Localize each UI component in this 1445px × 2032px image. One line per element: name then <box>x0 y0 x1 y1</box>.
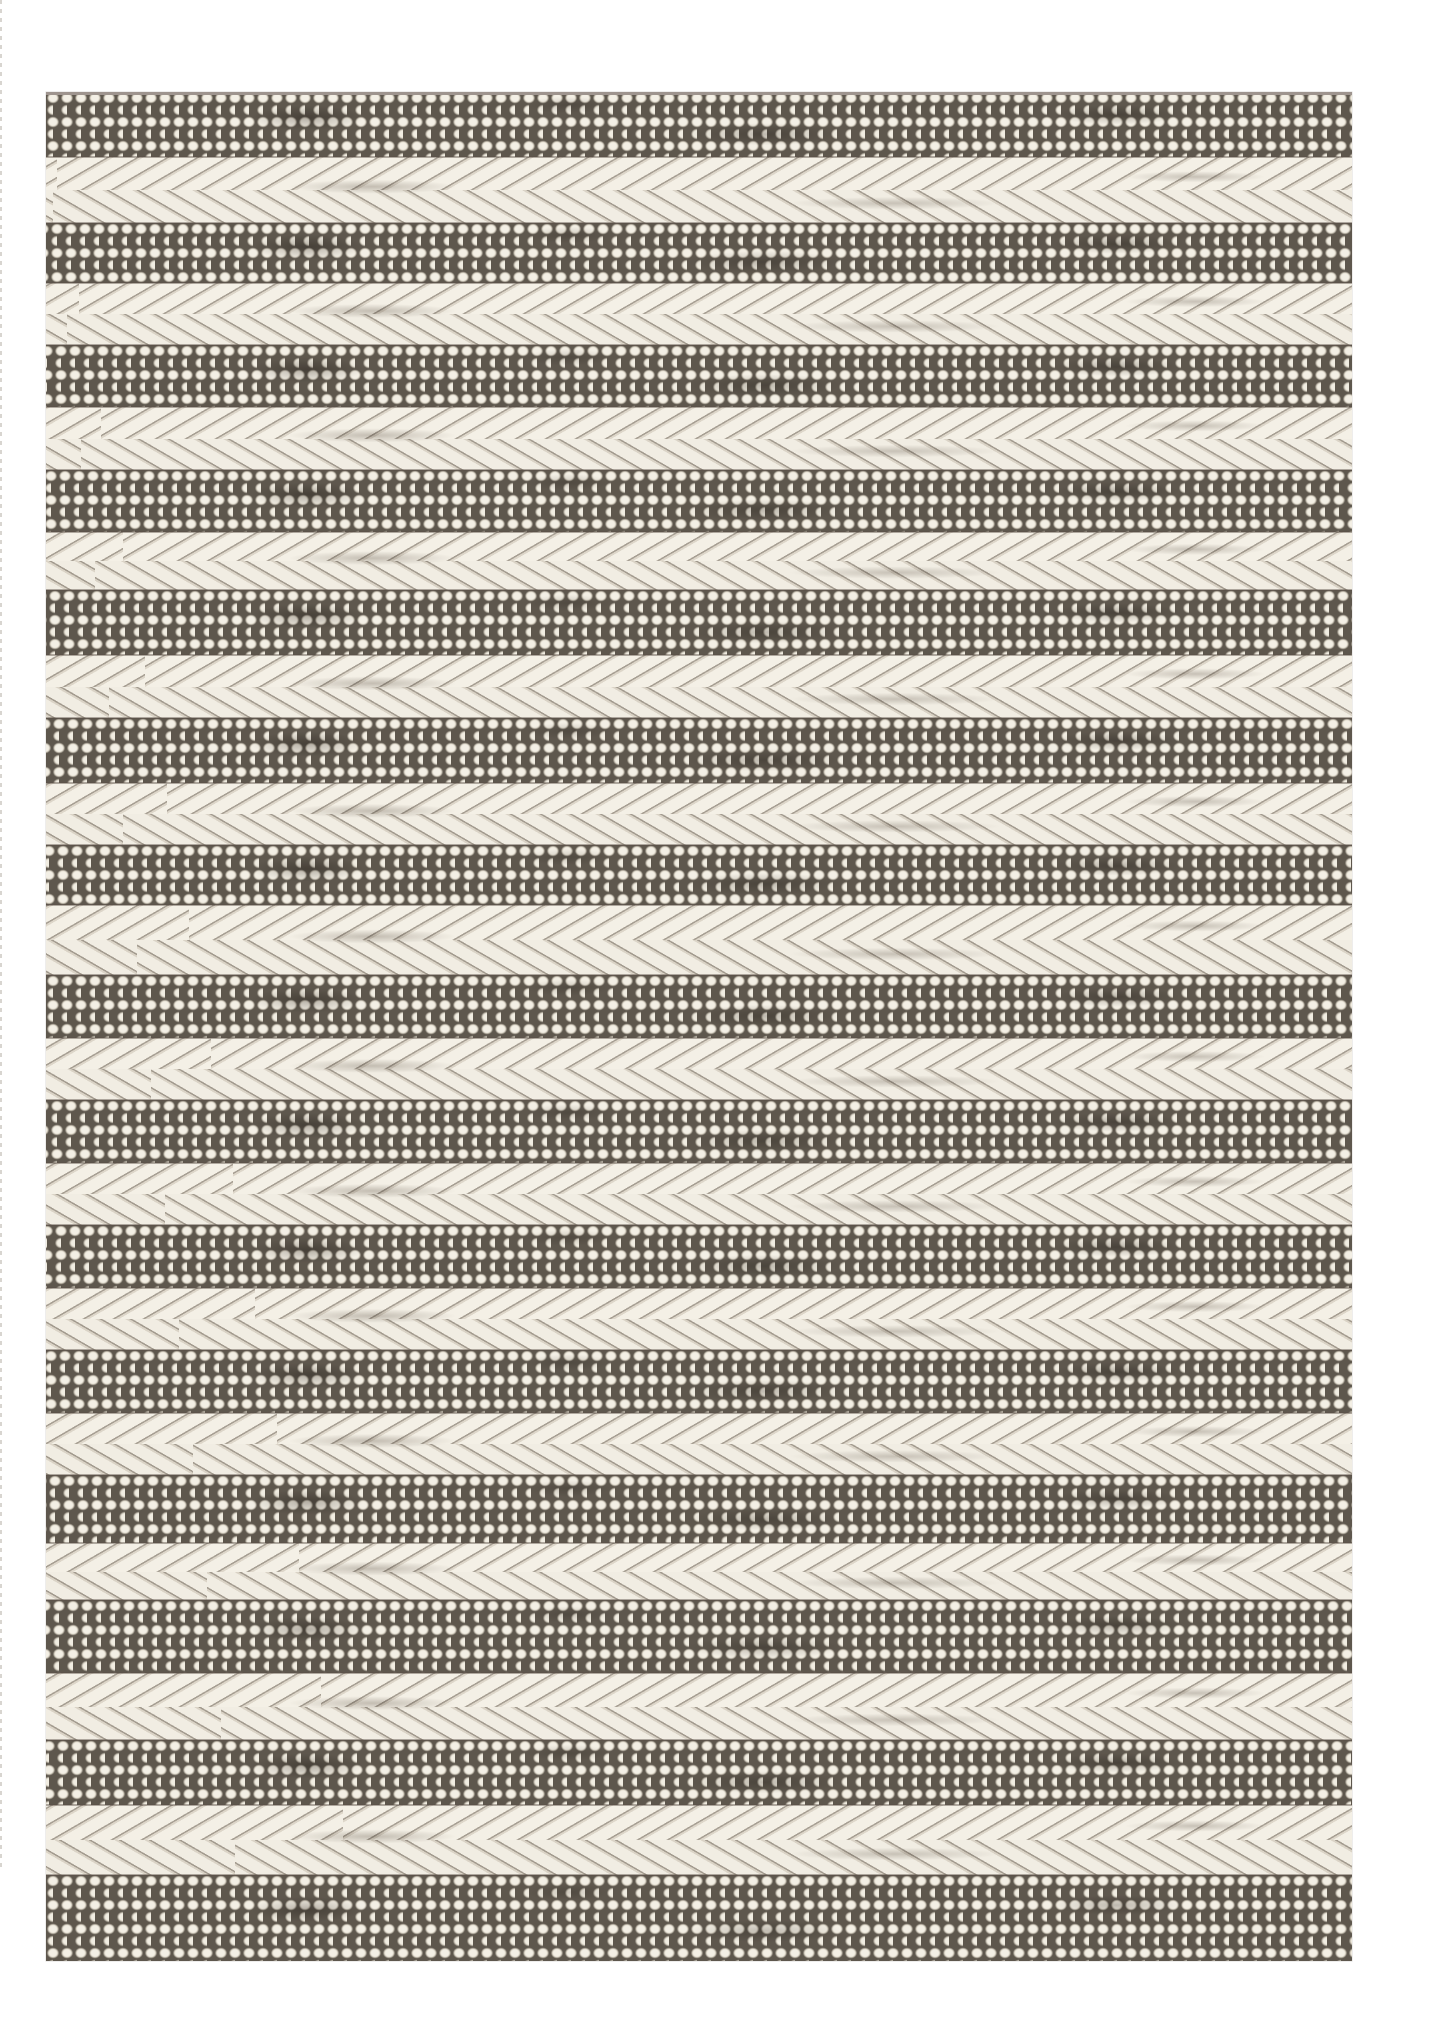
band-separator <box>46 1739 1352 1741</box>
braid-row <box>46 1444 1352 1475</box>
band-separator <box>46 469 1352 471</box>
edge-dashed-line <box>0 0 2 1870</box>
band-separator <box>46 1162 1352 1164</box>
braided-band <box>46 1543 1352 1600</box>
band-separator <box>46 654 1352 656</box>
band-separator <box>46 974 1352 976</box>
braid-row <box>46 814 1352 845</box>
band-separator <box>46 1672 1352 1674</box>
woven-rug <box>46 92 1352 1961</box>
band-separator <box>46 1804 1352 1806</box>
band-separator <box>46 1037 1352 1039</box>
braid-row <box>46 1194 1352 1225</box>
pebble-knot-band <box>46 345 1352 407</box>
band-separator <box>46 344 1352 346</box>
braid-row <box>46 283 1352 315</box>
pebble-knot-band <box>46 1225 1352 1288</box>
pebble-knot-band <box>46 718 1352 783</box>
band-separator <box>46 1542 1352 1544</box>
braid-row <box>46 190 1352 223</box>
braided-band <box>46 1288 1352 1350</box>
band-separator <box>46 1099 1352 1101</box>
pebble-knot-band <box>46 1600 1352 1673</box>
braid-row <box>46 1707 1352 1741</box>
rug-top-binding <box>46 92 1352 95</box>
band-separator <box>46 1349 1352 1351</box>
band-separator <box>46 782 1352 784</box>
band-separator <box>46 406 1352 408</box>
band-separator <box>46 156 1352 158</box>
braid-row <box>46 687 1352 719</box>
braid-row <box>46 314 1352 345</box>
braid-row <box>46 157 1352 191</box>
braid-row <box>46 1805 1352 1841</box>
pebble-knot-band <box>46 1350 1352 1413</box>
braided-band <box>46 1163 1352 1225</box>
braided-band <box>46 783 1352 845</box>
braid-row <box>46 1413 1352 1445</box>
braid-row <box>46 905 1352 941</box>
pebble-knot-band <box>46 1100 1352 1163</box>
braided-band <box>46 1805 1352 1875</box>
band-separator <box>46 1224 1352 1226</box>
braid-row <box>46 783 1352 815</box>
band-separator <box>46 1599 1352 1601</box>
band-separator <box>46 282 1352 284</box>
braid-row <box>46 1163 1352 1195</box>
braid-row <box>46 1543 1352 1573</box>
braided-band <box>46 532 1352 590</box>
braid-row <box>46 561 1352 590</box>
pebble-knot-band <box>46 975 1352 1038</box>
band-separator <box>46 1287 1352 1289</box>
braid-row <box>46 532 1352 562</box>
band-separator <box>46 589 1352 591</box>
pebble-knot-band <box>46 845 1352 905</box>
band-separator <box>46 222 1352 224</box>
braided-band <box>46 283 1352 345</box>
braid-row <box>46 1572 1352 1601</box>
braid-row <box>46 407 1352 440</box>
braid-row <box>46 1319 1352 1350</box>
band-separator <box>46 1474 1352 1476</box>
braided-band <box>46 1038 1352 1100</box>
pebble-knot-band <box>46 470 1352 532</box>
braid-row <box>46 1069 1352 1100</box>
braid-row <box>46 655 1352 688</box>
band-separator <box>46 904 1352 906</box>
braid-row <box>46 1673 1352 1708</box>
braid-row <box>46 1840 1352 1875</box>
band-separator <box>46 1412 1352 1414</box>
pebble-knot-band <box>46 223 1352 283</box>
pebble-knot-band <box>46 1875 1352 1961</box>
pebble-knot-band <box>46 1475 1352 1543</box>
band-separator <box>46 717 1352 719</box>
pebble-knot-band <box>46 590 1352 655</box>
braid-row <box>46 940 1352 975</box>
braided-band <box>46 1413 1352 1475</box>
braid-row <box>46 1038 1352 1070</box>
braided-band <box>46 655 1352 718</box>
band-separator <box>46 844 1352 846</box>
braid-row <box>46 439 1352 471</box>
braided-band <box>46 157 1352 223</box>
band-separator <box>46 531 1352 533</box>
braided-band <box>46 1673 1352 1740</box>
braid-row <box>46 1288 1352 1320</box>
braided-band <box>46 905 1352 975</box>
pebble-knot-band <box>46 1740 1352 1805</box>
pebble-knot-band <box>46 92 1352 157</box>
band-separator <box>46 1874 1352 1876</box>
braided-band <box>46 407 1352 470</box>
